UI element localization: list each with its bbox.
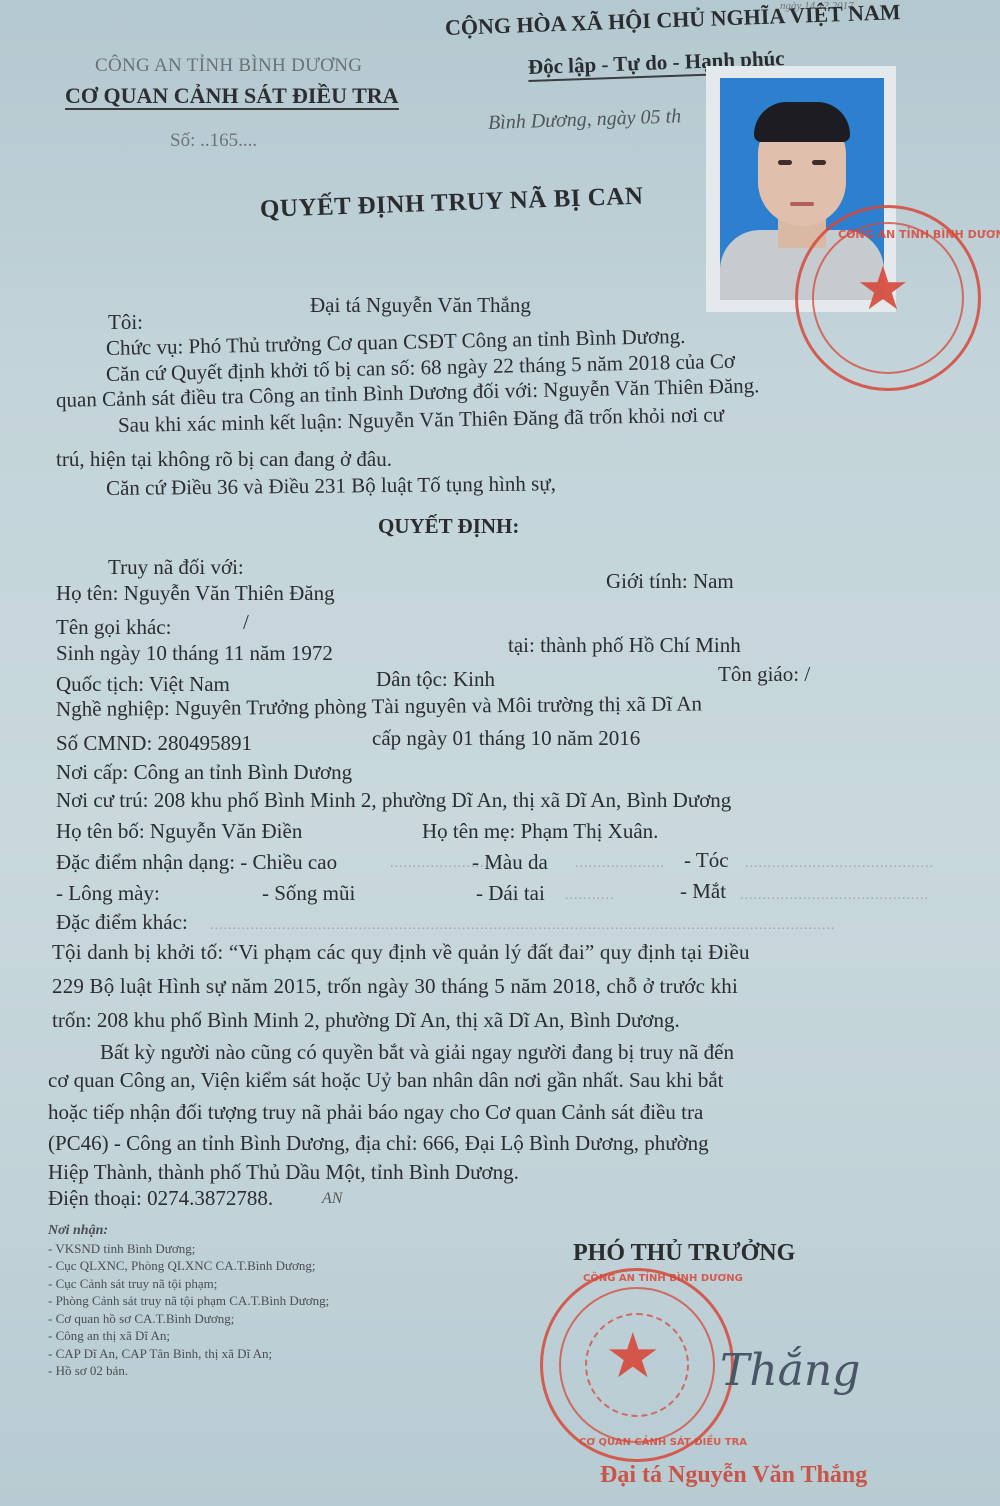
subject-occupation: Nghề nghiệp: Nguyên Trưởng phòng Tài ngu… xyxy=(56,691,702,722)
portrait-eye xyxy=(812,160,826,165)
features-hair: - Tóc xyxy=(684,848,729,873)
subject-id-issue-place: Nơi cấp: Công an tỉnh Bình Dương xyxy=(56,760,352,785)
subject-id-issue-date: cấp ngày 01 tháng 10 năm 2016 xyxy=(372,726,640,751)
verification-line-2: trú, hiện tại không rõ bị can đang ở đâu… xyxy=(56,447,392,472)
recipient-item: - Cơ quan hồ sơ CA.T.Bình Dương; xyxy=(48,1310,329,1328)
instruction-line-5: Hiệp Thành, thành phố Thủ Dầu Một, tỉnh … xyxy=(48,1160,519,1185)
recipient-item: - Công an thị xã Dĩ An; xyxy=(48,1327,329,1345)
document-number-value: ..165.... xyxy=(200,130,257,151)
recipient-item: - Cục QLXNC, Phòng QLXNC CA.T.Bình Dương… xyxy=(48,1257,329,1275)
recipients-heading: Nơi nhận: xyxy=(48,1222,329,1240)
issuer-name: Đại tá Nguyễn Văn Thắng xyxy=(310,293,531,318)
handwritten-initials: AN xyxy=(322,1190,342,1208)
charge-line-1: Tội danh bị khởi tố: “Vi phạm các quy đị… xyxy=(52,940,750,965)
recipient-item: - Cục Cảnh sát truy nã tội phạm; xyxy=(48,1275,329,1293)
subject-ethnicity: Dân tộc: Kinh xyxy=(376,667,495,692)
subject-gender: Giới tính: Nam xyxy=(606,569,734,594)
seal-bottom-text: CƠ QUAN CẢNH SÁT ĐIỀU TRA xyxy=(579,1437,747,1448)
subject-religion: Tôn giáo: / xyxy=(718,662,810,687)
agency-name: CƠ QUAN CẢNH SÁT ĐIỀU TRA xyxy=(65,83,399,109)
handwritten-signature: Thắng xyxy=(720,1345,860,1396)
seal-top-text: CÔNG AN TỈNH BÌNH DƯƠNG xyxy=(838,228,1000,241)
portrait-eye xyxy=(778,160,792,165)
subject-mother: Họ tên mẹ: Phạm Thị Xuân. xyxy=(422,819,658,844)
official-seal-top: ★ CÔNG AN TỈNH BÌNH DƯƠNG xyxy=(795,205,981,391)
features-other: Đặc điểm khác: xyxy=(56,910,188,935)
subject-alias-value: / xyxy=(243,610,249,635)
dotted-fill: ........................................… xyxy=(740,888,929,904)
agency-parent: CÔNG AN TỈNH BÌNH DƯƠNG xyxy=(95,55,362,77)
features-skin: - Màu da xyxy=(472,850,548,875)
subject-nationality: Quốc tịch: Việt Nam xyxy=(56,672,230,697)
portrait-hair xyxy=(754,102,850,142)
official-seal-bottom: ★ CÔNG AN TỈNH BÌNH DƯƠNG CƠ QUAN CẢNH S… xyxy=(540,1268,734,1462)
decision-heading: QUYẾT ĐỊNH: xyxy=(378,514,519,539)
place-and-date: Bình Dương, ngày 05 th xyxy=(488,105,682,135)
subject-name: Họ tên: Nguyễn Văn Thiên Đăng xyxy=(56,581,335,606)
agency-name-text: CƠ QUAN CẢNH SÁT ĐIỀU TRA xyxy=(65,83,399,110)
star-icon: ★ xyxy=(856,254,910,324)
recipient-item: - CAP Dĩ An, CAP Tân Bình, thị xã Dĩ An; xyxy=(48,1345,329,1363)
document-number: Số: ..165.... xyxy=(170,130,257,152)
charge-line-2: 229 Bộ luật Hình sự năm 2015, trốn ngày … xyxy=(52,974,738,999)
portrait-mouth xyxy=(790,202,814,206)
dotted-fill: ........... xyxy=(565,888,615,904)
subject-id-number: Số CMND: 280495891 xyxy=(56,731,252,756)
document-number-label: Số: xyxy=(170,130,195,151)
dotted-fill: ........................................… xyxy=(210,918,836,934)
seal-top-text: CÔNG AN TỈNH BÌNH DƯƠNG xyxy=(583,1273,743,1284)
legal-basis: Căn cứ Điều 36 và Điều 231 Bộ luật Tố tụ… xyxy=(106,471,556,501)
charge-line-3: trốn: 208 khu phố Bình Minh 2, phường Dĩ… xyxy=(52,1008,680,1033)
dotted-fill: ........................................… xyxy=(745,856,934,872)
features-eyes: - Mắt xyxy=(680,879,726,904)
signatory-name: Đại tá Nguyễn Văn Thắng xyxy=(600,1462,867,1489)
country-heading: CỘNG HÒA XÃ HỘI CHỦ NGHĨA VIỆT NAM xyxy=(445,0,901,41)
star-icon: ★ xyxy=(605,1319,661,1393)
wanted-notice-document: ngày 14.12.2017 CÔNG AN TỈNH BÌNH DƯƠNG … xyxy=(0,0,1000,1506)
subject-alias-label: Tên gọi khác: xyxy=(56,615,171,640)
subject-father: Họ tên bố: Nguyễn Văn Điền xyxy=(56,819,302,844)
instruction-line-3: hoặc tiếp nhận đối tượng truy nã phải bá… xyxy=(48,1100,703,1125)
features-eyebrows: - Lông mày: xyxy=(56,881,160,906)
contact-phone: Điện thoại: 0274.3872788. xyxy=(48,1186,273,1211)
subject-birthplace: tại: thành phố Hồ Chí Minh xyxy=(508,633,741,658)
recipient-item: - Hồ sơ 02 bản. xyxy=(48,1362,329,1380)
subject-residence: Nơi cư trú: 208 khu phố Bình Minh 2, phư… xyxy=(56,788,731,813)
recipients-list: Nơi nhận: - VKSND tỉnh Bình Dương; - Cục… xyxy=(48,1222,329,1380)
recipient-item: - Phòng Cảnh sát truy nã tội phạm CA.T.B… xyxy=(48,1292,329,1310)
toi-label: Tôi: xyxy=(108,310,143,335)
wanted-intro: Truy nã đối với: xyxy=(108,555,244,580)
instruction-line-1: Bất kỳ người nào cũng có quyền bắt và gi… xyxy=(100,1040,734,1065)
features-height: Đặc điểm nhận dạng: - Chiều cao xyxy=(56,850,337,875)
instruction-line-2: cơ quan Công an, Viện kiểm sát hoặc Uỷ b… xyxy=(48,1068,724,1093)
dotted-fill: .................... xyxy=(575,856,665,872)
features-ears: - Dái tai xyxy=(476,881,545,906)
subject-birth: Sinh ngày 10 tháng 11 năm 1972 xyxy=(56,641,333,666)
features-nose: - Sống mũi xyxy=(262,881,355,906)
document-title: QUYẾT ĐỊNH TRUY NÃ BỊ CAN xyxy=(260,183,644,224)
signatory-title: PHÓ THỦ TRƯỞNG xyxy=(573,1240,795,1267)
instruction-line-4: (PC46) - Công an tỉnh Bình Dương, địa ch… xyxy=(48,1131,709,1156)
recipient-item: - VKSND tỉnh Bình Dương; xyxy=(48,1240,329,1258)
